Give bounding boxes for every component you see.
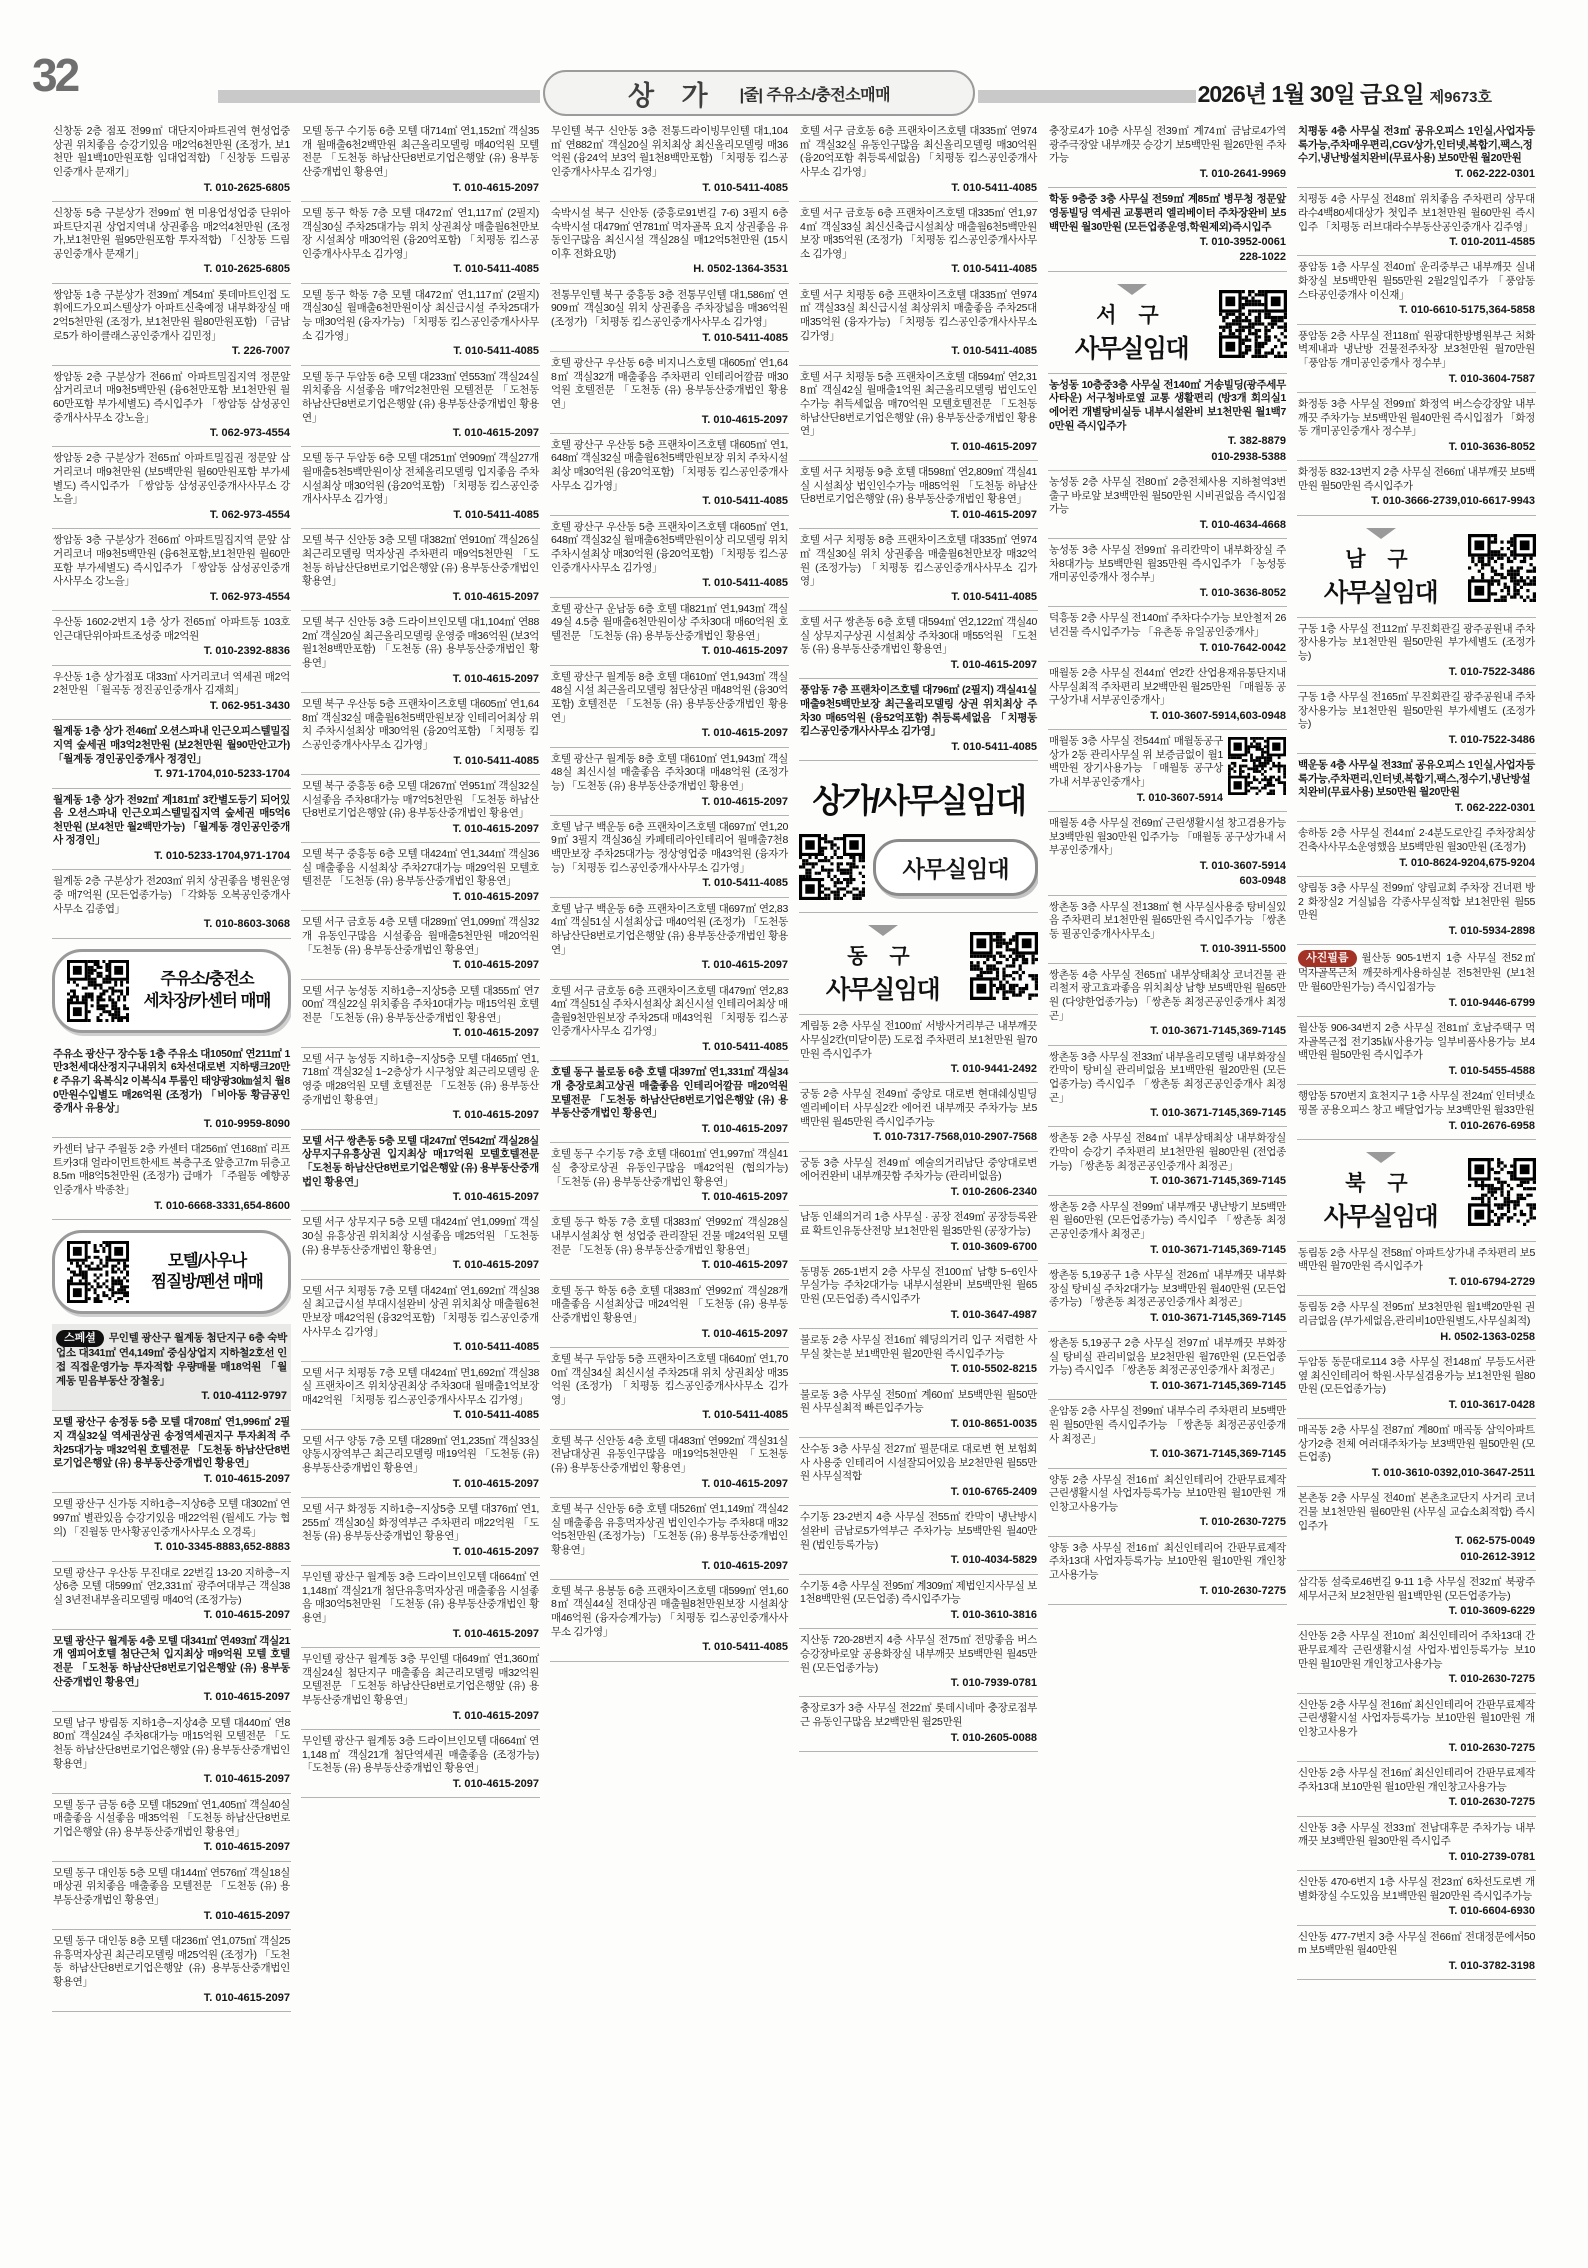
classified-ad: 무인텔 광산구 월계동 3층 무인텔 대649㎡ 연1,360㎡ 객실24실 첨… [301, 1648, 540, 1730]
phone-number: T. 010-4615-2097 [53, 1472, 290, 1486]
classified-ad: 치평동 4층 사무실 전3㎡ 공유오피스 1인실,사업자등록가능,주차매우편리,… [1297, 120, 1536, 188]
district-category: 사무실임대 [799, 970, 966, 1006]
phone-number: T. 010-3607-5914 [1049, 859, 1286, 873]
phone-number: T. 010-4615-2097 [53, 1690, 290, 1704]
qr-code [970, 932, 1038, 1000]
ad-text: 모텔 동구 두암동 6층 모텔 대233㎡ 연553㎡ 객실24실 위치좋음 시… [302, 371, 539, 424]
category-box: 모텔/사우나찜질방/펜션 매매 [52, 1230, 291, 1314]
ad-text: 호텔 동구 학동 6층 호텔 대383㎡ 연992㎡ 객실28개 매출좋음 시설… [551, 1285, 788, 1324]
ad-text: 월계동 1층 상가 전92㎡ 계181㎡ 3칸별도등기 되어있음 오션스파내 인… [53, 794, 290, 847]
ad-text: 주유소 광산구 장수동 1층 주유소 대1050㎡ 연211㎡ 1만3천세대산정… [53, 1048, 290, 1115]
ad-text: 모텔 서구 상무지구 5층 모텔 대424㎡ 연1,099㎡ 객실30실 유흥상… [302, 1216, 539, 1255]
district-section-header: 남 구 사무실임대 [1297, 516, 1536, 618]
phone-number: T. 010-5411-4085 [551, 331, 788, 345]
ad-text: 신안동 470-6번지 1층 사무실 전23㎡ 6차선도로변 개별화장실 수도있… [1298, 1876, 1535, 1902]
classified-ad: 화정동 3층 사무실 전99㎡ 화정역 버스승강장앞 내부깨끗 주차가능 보5백… [1297, 393, 1536, 461]
phone-number: T. 010-2739-0781 [1298, 1850, 1535, 1864]
classified-ad: 무인텔 광산구 월계동 3층 드라이브인모텔 대664㎡ 연1,148㎡ 객실2… [301, 1566, 540, 1648]
phone-number: T. 010-5411-4085 [551, 1640, 788, 1654]
rent-pill-label: 사무실임대 [873, 839, 1038, 896]
classified-ad: 매월동 2층 사무실 전44㎡ 연2칸 산업용재유통단지내 사무실최적 주차편리… [1048, 662, 1287, 730]
phone-number: T. 010-3610-0392,010-3647-2511 [1298, 1466, 1535, 1480]
issue-date: 2026년 1월 30일 금요일 [1198, 81, 1424, 107]
classified-ad: 화정동 832-13번지 2층 사무실 전66㎡ 내부깨끗 보5백만원 월50만… [1297, 461, 1536, 516]
ad-text: 카센터 남구 주월동 2층 카센터 대256㎡ 연168㎡ 리프트카3대 얼라이… [53, 1143, 290, 1196]
ad-text: 모텔 동구 대인동 5층 모텔 대144㎡ 연576㎡ 객실18실 매상권 위치… [53, 1867, 290, 1906]
qr-code [1228, 737, 1286, 795]
classified-ad: 쌍촌동 4층 사무실 전65㎡ 내부상태최상 코너건물 관리철저 광고효과좋음 … [1048, 964, 1287, 1046]
ad-text: 모텔 북구 중흥동 6층 모텔 대424㎡ 연1,344㎡ 객실36실 매출좋음… [302, 848, 539, 887]
ad-text: 월계동 1층 상가 전46㎡ 오션스파내 인근오피스텔밀집지역 숲세권 매3억2… [53, 725, 290, 764]
classified-columns: 신창동 2층 점포 전99㎡ 대단지아파트권역 현성업중 상권 위치좋음 승강기… [52, 120, 1536, 2238]
phone-number: T. 010-2605-0088 [800, 1731, 1037, 1745]
district-category: 사무실임대 [1297, 1197, 1464, 1233]
classified-ad: 쌍촌동 5,19공구 1층 사무실 전26㎡ 내부깨끗 내부화장실 탕비실 주차… [1048, 1264, 1287, 1332]
classified-ad: 호텔 광산구 우산동 6층 비지니스호텔 대605㎡ 연1,648㎡ 객실32개… [550, 352, 789, 434]
classified-ad: 충장로3가 3층 사무실 전22㎡ 롯데시네마 충장로점부근 유동인구많음 보2… [799, 1697, 1038, 1752]
phone-number: T. 010-7939-0781 [800, 1676, 1037, 1690]
ad-text: 구동 1층 사무실 전112㎡ 무진회관길 광주공원내 주차장사용가능 보1천만… [1298, 623, 1535, 662]
ad-text: 본촌동 2층 사무실 전40㎡ 본촌초교단지 사거리 코너건물 보1천만원 월6… [1298, 1492, 1535, 1531]
classified-ad: 월계동 1층 상가 전46㎡ 오션스파내 인근오피스텔밀집지역 숲세권 매3억2… [52, 720, 291, 788]
qr-code [1219, 290, 1287, 358]
ad-badge: 스페셜 [56, 1330, 104, 1347]
ad-text: 모텔 서구 치평동 7층 모텔 대424㎡ 연1,692㎡ 객실38실 최고급시… [302, 1285, 539, 1338]
phone-number: H. 0502-1364-3531 [551, 262, 788, 276]
page-header: 32 상 가 |줄| 주유소/충전소매매 2026년 1월 30일 금요일제96… [0, 0, 1588, 116]
ad-text: 치평동 4층 사무실 전3㎡ 공유오피스 1인실,사업자등록가능,주차매우편리,… [1298, 125, 1535, 164]
classified-ad: 호텔 서구 치평동 8층 프랜차이즈호텔 대335㎡ 연974㎡ 객실30실 위… [799, 529, 1038, 611]
classified-ad: 본촌동 2층 사무실 전40㎡ 본촌초교단지 사거리 코너건물 보1천만원 월6… [1297, 1487, 1536, 1571]
date-line: 2026년 1월 30일 금요일제9673호 [1198, 76, 1492, 109]
ad-text: 동림동 2층 사무실 전95㎡ 보3천만원 월1백20만원 권리금없음 (부가세… [1298, 1301, 1535, 1327]
phone-number: T. 062-973-4554 [53, 508, 290, 522]
ad-badge: 사진필름 [1298, 950, 1357, 967]
classified-ad: 농성동 2층 사무실 전80㎡ 2층전체사용 지하철역3번출구 바로앞 보3백만… [1048, 471, 1287, 539]
classified-ad: 모텔 동구 수기동 6층 모텔 대714㎡ 연1,152㎡ 객실35개 월매출6… [301, 120, 540, 202]
phone-number: T. 062-973-4554 [53, 590, 290, 604]
phone-number: T. 010-3671-7145,369-7145 [1049, 1379, 1286, 1393]
qr-code [67, 960, 129, 1022]
phone-number: T. 010-3671-7145,369-7145 [1049, 1174, 1286, 1188]
ad-text: 호텔 서구 치평동 6층 프랜차이즈호텔 대335㎡ 연974㎡ 객실33실 최… [800, 289, 1037, 342]
ad-text: 쌍촌동 5,19공구 1층 사무실 전26㎡ 내부깨끗 내부화장실 탕비실 주차… [1049, 1269, 1286, 1308]
classified-ad: 궁동 3층 사무실 전49㎡ 예술의거리남단 중앙대로변 에어컨완비 내부깨끗함… [799, 1152, 1038, 1207]
classified-ad: 카센터 남구 주월동 2층 카센터 대256㎡ 연168㎡ 리프트카3대 얼라이… [52, 1138, 291, 1220]
classified-ad: 월계동 2층 구분상가 전203㎡ 위치 상권좋음 병원운영중 매7억원 (모든… [52, 870, 291, 938]
district-category: 사무실임대 [1297, 573, 1464, 609]
classified-ad: 풍암동 7층 프랜차이즈호텔 대796㎡ (2필지) 객실41실 매출9천5백만… [799, 679, 1038, 761]
classified-ad: 쌍암동 2층 구분상가 전65㎡ 아파트밀집권 정문앞 삼거리코너 매9천만원 … [52, 447, 291, 529]
ad-text: 쌍암동 3층 구분상가 전66㎡ 아파트밀집지역 문앞 삼거리코너 매9천5백만… [53, 534, 290, 587]
ad-text: 쌍암동 2층 구분상가 전66㎡ 아파트밀집지역 정문앞 삼거리코너 매9천5백… [53, 371, 290, 424]
phone-number: T. 010-9959-8090 [53, 1117, 290, 1131]
ad-text: 화정동 832-13번지 2층 사무실 전66㎡ 내부깨끗 보5백만원 월50만… [1298, 466, 1535, 492]
ad-text: 모텔 동구 금동 6층 모텔 대529㎡ 연1,405㎡ 객실40실 매출좋음 … [53, 1799, 290, 1838]
classified-ad: 동명동 265-1번지 2층 사무실 전100㎡ 남향 5~6인사무실가능 주차… [799, 1261, 1038, 1329]
ad-text: 쌍촌동 3층 사무실 전33㎡ 내부올리모델링 내부화장실 칸막이 탕비실 관리… [1049, 1051, 1286, 1104]
phone-number: T. 010-3636-8052 [1298, 440, 1535, 454]
classified-ad: 수기동 23-2번지 4층 사무실 전55㎡ 칸막이 냉난방시설완비 금남로5가… [799, 1506, 1038, 1574]
ad-text: 호텔 북구 두암동 5층 프랜차이즈호텔 대640㎡ 연1,700㎡ 객실34실… [551, 1353, 788, 1406]
phone-number: T. 062-222-0301 [1298, 167, 1535, 181]
classified-ad: 모텔 동구 두암동 6층 모텔 대251㎡ 연909㎡ 객실27개 월매출5천5… [301, 447, 540, 529]
ad-text: 백운동 4층 사무실 전33㎡ 공유오피스 1인실,사업자등록가능,주차편리,인… [1298, 759, 1535, 798]
classified-ad: 호텔 북구 신안동 6층 호텔 대526㎡ 연1,149㎡ 객실42실 매출좋음… [550, 1498, 789, 1580]
classified-ad: 호텔 남구 백운동 6층 프랜차이즈호텔 대697㎡ 연2,834㎡ 객실51실… [550, 898, 789, 980]
classified-ad: 호텔 서구 치평동 5층 프랜차이즈호텔 대594㎡ 연2,318㎡ 객실42실… [799, 366, 1038, 462]
phone-number: T. 010-2630-7275 [1049, 1515, 1286, 1529]
phone-number: T. 010-3345-8883,652-8883 [53, 1540, 290, 1554]
phone-number: T. 010-5411-4085 [800, 740, 1037, 754]
classified-ad: 쌍촌동 3층 사무실 전33㎡ 내부올리모델링 내부화장실 칸막이 탕비실 관리… [1048, 1046, 1287, 1128]
phone-number: T. 010-4615-2097 [53, 1772, 290, 1786]
district-name: 서 구 [1048, 299, 1215, 329]
classified-ad: 호텔 북구 신안동 4층 호텔 대483㎡ 연992㎡ 객실31실 전남대상권 … [550, 1430, 789, 1498]
classified-ad: 모텔 북구 신안동 3층 드라이브인모텔 대1,104㎡ 연882㎡ 객실20실… [301, 611, 540, 693]
ad-text: 우산동 1602-2번지 1층 상가 전65㎡ 아파트동 103호 인근대단위아… [53, 616, 290, 642]
ad-text: 풍암동 2층 사무실 전118㎡ 원광대한방병원부근 처화벽제내과 냉난방 건물… [1298, 330, 1535, 369]
qr-code [67, 1241, 129, 1303]
phone-number: T. 010-8651-0035 [800, 1417, 1037, 1431]
classified-ad: 호텔 동구 학동 7층 호텔 대383㎡ 연992㎡ 객실28실 내부시설최상 … [550, 1211, 789, 1279]
phone-number: T. 010-5411-4085 [551, 876, 788, 890]
phone-number: T. 010-5411-4085 [800, 262, 1037, 276]
phone-number: T. 010-5411-4085 [800, 590, 1037, 604]
phone-number: T. 010-3617-0428 [1298, 1398, 1535, 1412]
ad-text: 모텔 서구 치평동 7층 모텔 대424㎡ 면1,692㎡ 객실38실 프랜차이… [302, 1367, 539, 1406]
classified-ad: 모텔 서구 농성동 지하1층~지상5층 모텔 대465㎡ 연1,718㎡ 객실3… [301, 1048, 540, 1130]
phone-number: T. 010-5411-4085 [302, 262, 539, 276]
classified-ad: 신안동 2층 사무실 전16㎡ 최신인테리어 간판무료제작 근린생활시설 사업자… [1297, 1694, 1536, 1762]
ad-text: 호텔 서구 금호동 6층 프랜차이즈호텔 대479㎡ 연2,834㎡ 객실51실… [551, 985, 788, 1038]
ad-text: 충장로3가 3층 사무실 전22㎡ 롯데시네마 충장로점부근 유동인구많음 보2… [800, 1702, 1037, 1728]
phone-number: T. 382-8879 [1049, 434, 1286, 448]
ad-text: 덕흥동 2층 사무실 전140㎡ 주차다수가능 보안철저 26년건물 즉시입주가… [1049, 612, 1286, 638]
ad-text: 매월동 2층 사무실 전44㎡ 연2칸 산업용재유통단지내 사무실최적 주차편리… [1049, 667, 1286, 706]
ad-text: 쌍촌동 2층 사무실 전99㎡ 내부깨끗 냉난방기 보5백만원 월60만원 (모… [1049, 1201, 1286, 1240]
phone-number: T. 010-4615-2097 [302, 1477, 539, 1491]
ad-text: 불로동 3층 사무실 전50㎡ 계60㎡ 보5백만원 월50만원 사무실최적 빠… [800, 1389, 1037, 1415]
phone-number: T. 010-9441-2492 [800, 1062, 1037, 1076]
classified-ad: 운암동 2층 사무실 전99㎡ 내부수리 주차편리 보5백만원 월50만원 즉시… [1048, 1400, 1287, 1468]
ad-text: 매곡동 2층 사무실 전87㎡ 계80㎡ 매곡동 삼익아파트 상가2층 전체 여… [1298, 1424, 1535, 1463]
ad-text: 운암동 2층 사무실 전99㎡ 내부수리 주차편리 보5백만원 월50만원 즉시… [1049, 1405, 1286, 1444]
ad-text: 풍암동 7층 프랜차이즈호텔 대796㎡ (2필지) 객실41실 매출9천5백만… [800, 684, 1037, 737]
phone-number: T. 010-4615-2097 [800, 440, 1037, 454]
phone-number: T. 010-4615-2097 [302, 1545, 539, 1559]
phone-number: T. 010-5411-4085 [800, 181, 1037, 195]
phone-number: T. 010-2392-8836 [53, 644, 290, 658]
classified-ad: 무인텔 북구 신안동 3층 전통드라이빙무인텔 대1,104㎡ 연882㎡ 객실… [550, 120, 789, 202]
phone-number: T. 010-4615-2097 [302, 1108, 539, 1122]
phone-number: T. 010-4615-2097 [302, 822, 539, 836]
phone-number: T. 010-4615-2097 [53, 1991, 290, 2005]
phone-number: T. 010-2630-7275 [1298, 1795, 1535, 1809]
classified-ad: 우산동 1층 상가점포 대33㎡ 사거리코너 역세권 매2억2천만원 「월곡동 … [52, 666, 291, 721]
ad-text: 양림동 3층 사무실 전99㎡ 양림교회 주차장 건너편 방2 화장실2 거실넓… [1298, 882, 1535, 921]
ad-text: 호텔 동구 불로동 6층 호텔 대397㎡ 연1,331㎡ 객실34개 충장로최… [551, 1066, 788, 1119]
phone-number: 603-0948 [1049, 874, 1286, 888]
classified-ad: 월산동 906-34번지 2층 사무실 전81㎡ 호남주택구 먹자골목근접 전기… [1297, 1017, 1536, 1085]
classified-ad: 쌍촌동 3층 사무실 전138㎡ 현 사무실사용중 탕비실있음 주차편리 보1천… [1048, 896, 1287, 964]
ad-text: 호텔 서구 금호동 6층 프랜차이즈호텔 대335㎡ 연974㎡ 객실32실 유… [800, 125, 1037, 178]
classified-ad: 궁동 2층 사무실 전49㎡ 중앙로 대로변 현대쉐싱빌딩 엘리베이터 사무실2… [799, 1083, 1038, 1151]
classified-ad: 행암동 570번지 효천지구 1층 사무실 전24㎡ 인터넷쇼핑몰 공용오피스 … [1297, 1085, 1536, 1140]
classified-ad: 모텔 서구 양동 7층 모텔 대289㎡ 연1,235㎡ 객실33실 양동시장역… [301, 1430, 540, 1498]
ad-text: 신안동 3층 사무실 전33㎡ 전남대후문 주차가능 내부깨끗 보3백만원 월3… [1298, 1822, 1535, 1848]
classified-ad: 모텔 서구 상무지구 5층 모텔 대424㎡ 연1,099㎡ 객실30실 유흥상… [301, 1211, 540, 1279]
phone-number: T. 010-7317-7568,010-2907-7568 [800, 1130, 1037, 1144]
rent-banner: 상가/사무실임대 [799, 761, 1038, 828]
ad-text: 모텔 동구 학동 7층 모텔 대472㎡ 연1,117㎡ (2필지) 객실30실… [302, 289, 539, 342]
phone-number: T. 010-5233-1704,971-1704 [53, 849, 290, 863]
ad-text: 호텔 광산구 우산동 6층 비지니스호텔 대605㎡ 연1,648㎡ 객실32개… [551, 357, 788, 410]
phone-number: T. 010-4615-2097 [302, 672, 539, 686]
classified-ad: 호텔 광산구 운남동 6층 호텔 대821㎡ 연1,943㎡ 객실49실 4.5… [550, 598, 789, 666]
phone-number: T. 010-8603-3068 [53, 917, 290, 931]
phone-number: T. 010-4615-2097 [551, 958, 788, 972]
phone-number: T. 010-6668-3331,654-8600 [53, 1199, 290, 1213]
ad-text: 모텔 광산구 우산동 무진대로 22번길 13-20 지하층~지상6층 모텔 대… [53, 1567, 290, 1606]
ad-column: 모텔 동구 수기동 6층 모텔 대714㎡ 연1,152㎡ 객실35개 월매출6… [301, 120, 540, 2238]
ad-text: 신안동 2층 사무실 전16㎡ 최신인테리어 간판무료제작 근린생활시설 사업자… [1298, 1699, 1535, 1738]
header-rule-right [978, 90, 1196, 103]
phone-number: T. 010-4615-2097 [800, 658, 1037, 672]
phone-number: T. 062-951-3430 [53, 699, 290, 713]
ad-text: 수기동 23-2번지 4층 사무실 전55㎡ 칸막이 냉난방시설완비 금남로5가… [800, 1511, 1037, 1550]
ad-text: 신창동 5층 구분상가 전99㎡ 현 미용업성업중 단위아파트단지권 상업지역내… [53, 207, 290, 260]
classified-ad: 풍암동 2층 사무실 전118㎡ 원광대한방병원부근 처화벽제내과 냉난방 건물… [1297, 325, 1536, 393]
classified-ad: 농성동 3층 사무실 전99㎡ 유리칸막이 내부화장실 주차8대가능 보5백만원… [1048, 539, 1287, 607]
phone-number: T. 010-3671-7145,369-7145 [1049, 1106, 1286, 1120]
phone-number: T. 010-3610-3816 [800, 1608, 1037, 1622]
classified-ad: 모텔 동구 학동 7층 모텔 대472㎡ 연1,117㎡ (2필지) 객실30실… [301, 202, 540, 284]
ad-text: 모텔 북구 신안동 3층 모텔 대382㎡ 연910㎡ 객실26실 최근리모델링… [302, 534, 539, 587]
triangle-down-icon [1366, 528, 1396, 539]
phone-number: T. 010-5411-4085 [302, 1408, 539, 1422]
classified-ad: 매월동 3층 사무실 전544㎡ 매월동공구상가 2동 관리사무실 위 보증금없… [1048, 730, 1287, 812]
triangle-down-icon [1117, 284, 1147, 295]
ad-text: 모텔 동구 대인동 8층 모텔 대236㎡ 연1,075㎡ 객실25 유흥먹자상… [53, 1935, 290, 1988]
phone-number: T. 010-4615-2097 [302, 590, 539, 604]
ad-text: 호텔 북구 용봉동 6층 프랜차이즈호텔 대599㎡ 연1,608㎡ 객실44실… [551, 1585, 788, 1638]
classified-ad: 쌍암동 3층 구분상가 전66㎡ 아파트밀집지역 문앞 삼거리코너 매9천5백만… [52, 529, 291, 611]
ad-text: 양동 2층 사무실 전16㎡ 최신인테리어 간판무료제작 근린생활시설 사업자등… [1049, 1474, 1286, 1513]
ad-text: 무인텔 광산구 월계동 3층 드라이브인모텔 대664㎡ 연1,148㎡ 객실2… [302, 1735, 539, 1774]
phone-number: T. 010-7522-3486 [1298, 733, 1535, 747]
ad-text: 학동 9층중 3층 사무실 전59㎡ 계85㎡ 병무청 정문앞 영동빌딩 역세권… [1049, 193, 1286, 232]
ad-text: 농성동 10층중3층 사무실 전140㎡ 거송빌딩(광주세무사타운) 서구청바로… [1049, 379, 1286, 432]
ad-text: 모텔 북구 중흥동 6층 모텔 대267㎡ 연951㎡ 객실32실 시설좋음 주… [302, 780, 539, 819]
ad-text: 치평동 4층 사무실 전48㎡ 위치좋음 주차편리 상무대라수4백80세대상가 … [1298, 193, 1535, 232]
phone-number: T. 010-4615-2097 [53, 1840, 290, 1854]
classified-ad: 우산동 1602-2번지 1층 상가 전65㎡ 아파트동 103호 인근대단위아… [52, 611, 291, 666]
phone-number: T. 010-5934-2898 [1298, 924, 1535, 938]
phone-number: T. 010-5411-4085 [302, 344, 539, 358]
classified-ad: 학동 9층중 3층 사무실 전59㎡ 계85㎡ 병무청 정문앞 영동빌딩 역세권… [1048, 188, 1287, 272]
classified-ad: 모텔 서구 금호동 4층 모텔 대289㎡ 연1,099㎡ 객실32개 유동인구… [301, 911, 540, 979]
phone-number: T. 010-4615-2097 [302, 1627, 539, 1641]
classified-ad: 지산동 720-28번지 4층 사무실 전75㎡ 전망좋음 버스승강장바로앞 공… [799, 1629, 1038, 1697]
phone-number: T. 010-4615-2097 [302, 1777, 539, 1791]
phone-number: T. 010-6765-2409 [800, 1485, 1037, 1499]
phone-number: T. 010-8624-9204,675-9204 [1298, 856, 1535, 870]
ad-column: 호텔 서구 금호동 6층 프랜차이즈호텔 대335㎡ 연974㎡ 객실32실 유… [799, 120, 1038, 2238]
ad-text: 동림동 2층 사무실 전58㎡ 아파트상가내 주차편리 보5백만원 월70만원 … [1298, 1247, 1535, 1273]
phone-number: T. 010-4615-2097 [551, 644, 788, 658]
qr-code [799, 834, 865, 900]
ad-text: 무인텔 광산구 월계동 3층 무인텔 대649㎡ 연1,360㎡ 객실24실 첨… [302, 1653, 539, 1706]
classified-ad: 양동 2층 사무실 전16㎡ 최신인테리어 간판무료제작 근린생활시설 사업자등… [1048, 1469, 1287, 1537]
phone-number: T. 010-4615-2097 [551, 1327, 788, 1341]
phone-number: T. 010-3671-7145,369-7145 [1049, 1243, 1286, 1257]
phone-number: T. 010-2625-6805 [53, 262, 290, 276]
classified-ad: 동림동 2층 사무실 전58㎡ 아파트상가내 주차편리 보5백만원 월70만원 … [1297, 1242, 1536, 1297]
ad-text: 동명동 265-1번지 2층 사무실 전100㎡ 남향 5~6인사무실가능 주차… [800, 1266, 1037, 1305]
triangle-down-icon [868, 925, 898, 936]
classified-ad: 호텔 서구 금호동 6층 프랜차이즈호텔 대335㎡ 연974㎡ 객실32실 유… [799, 120, 1038, 202]
classified-ad: 모텔 서구 농성동 지하1층~지상5층 모텔 대355㎡ 연700㎡ 객실22실… [301, 980, 540, 1048]
classified-ad: 호텔 남구 백운동 6층 프랜차이즈호텔 대697㎡ 연1,209㎡ 3필지 객… [550, 816, 789, 898]
classified-ad: 모텔 북구 중흥동 6층 모텔 대267㎡ 연951㎡ 객실32실 시설좋음 주… [301, 775, 540, 843]
ad-text: 송하동 2층 사무실 전44㎡ 2·4분도로안길 주차장최상 건축사사무소운영했… [1298, 827, 1535, 853]
phone-number: T. 010-4615-2097 [551, 795, 788, 809]
phone-number: T. 010-2641-9969 [1049, 167, 1286, 181]
category-box: 주유소/충전소세차장/카센터 매매 [52, 949, 291, 1033]
phone-number: T. 010-4615-2097 [302, 1709, 539, 1723]
ad-text: 신안동 2층 사무실 전10㎡ 최신인테리어 주차13대 간판무료제작 근린생활… [1298, 1630, 1535, 1669]
classified-ad: 호텔 동구 수기동 7층 호텔 대601㎡ 연1,997㎡ 객실41실 충장로상… [550, 1143, 789, 1211]
classified-ad: 쌍촌동 2층 사무실 전99㎡ 내부깨끗 냉난방기 보5백만원 월60만원 (모… [1048, 1196, 1287, 1264]
ad-text: 두암동 동문대로114 3층 사무실 전148㎡ 무등도서관옆 최신인테리어 학… [1298, 1356, 1535, 1395]
rent-pill-row: 사무실임대 [799, 828, 1038, 913]
phone-number: T. 010-2676-6958 [1298, 1119, 1535, 1133]
ad-text: 전통무인텔 북구 중흥동 3층 전통무인텔 대1,586㎡ 연909㎡ 객실30… [551, 289, 788, 328]
ad-text: 신안동 2층 사무실 전16㎡ 최신인테리어 간판무료제작 주차13대 보10만… [1298, 1767, 1535, 1793]
ad-text: 호텔 서구 치평동 8층 프랜차이즈호텔 대335㎡ 연974㎡ 객실30실 위… [800, 534, 1037, 587]
phone-number: T. 010-2011-4585 [1298, 235, 1535, 249]
phone-number: T. 010-4615-2097 [302, 426, 539, 440]
classified-ad: 송하동 2층 사무실 전44㎡ 2·4분도로안길 주차장최상 건축사사무소운영했… [1297, 822, 1536, 877]
phone-number: T. 010-3636-8052 [1049, 586, 1286, 600]
ad-text: 모텔 서구 농성동 지하1층~지상5층 모텔 대465㎡ 연1,718㎡ 객실3… [302, 1053, 539, 1106]
ad-text: 호텔 광산구 월계동 8층 호텔 대610㎡ 연1,943㎡ 객실48실 시설 … [551, 671, 788, 724]
phone-number: T. 010-5411-4085 [551, 181, 788, 195]
classified-ad: 쌍암동 1층 구분상가 전39㎡ 계54㎡ 롯데마트인접 도휘에드가오피스텔상가… [52, 284, 291, 366]
phone-number: T. 010-7642-0042 [1049, 641, 1286, 655]
classified-ad: 호텔 서구 금호동 6층 프랜차이즈호텔 대335㎡ 연1,974㎡ 객실33실… [799, 202, 1038, 284]
classified-ad: 모텔 서구 치평동 7층 모텔 대424㎡ 연1,692㎡ 객실38실 최고급시… [301, 1280, 540, 1362]
ad-text: 모텔 광산구 월계동 4층 모텔 대341㎡ 연493㎡ 객실21개 엠피어호텔… [53, 1635, 290, 1688]
classified-ad: 모텔 동구 학동 7층 모텔 대472㎡ 연1,117㎡ (2필지) 객실30실… [301, 284, 540, 366]
ad-text: 계림동 2층 사무실 전100㎡ 서방사거리부근 내부깨끗 사무실2칸(미닫이문… [800, 1020, 1037, 1059]
ad-text: 쌍촌동 5,19공구 2층 사무실 전97㎡ 내부깨끗 부화장실 탕비실 관리비… [1049, 1337, 1286, 1376]
classified-ad: 모텔 동구 대인동 5층 모텔 대144㎡ 연576㎡ 객실18실 매상권 위치… [52, 1862, 291, 1930]
ad-text: 쌍촌동 4층 사무실 전65㎡ 내부상태최상 코너건물 관리철저 광고효과좋음 … [1049, 969, 1286, 1022]
classified-ad: 무인텔 광산구 월계동 3층 드라이브인모텔 대664㎡ 연1,148㎡ 객실2… [301, 1730, 540, 1798]
district-name: 동 구 [799, 940, 966, 970]
ad-text: 호텔 서구 금호동 6층 프랜차이즈호텔 대335㎡ 연1,974㎡ 객실33실… [800, 207, 1037, 260]
section-title: 상 가 [628, 74, 718, 113]
phone-number: T. 010-7522-3486 [1298, 665, 1535, 679]
phone-number: 010-2612-3912 [1298, 1550, 1535, 1564]
ad-text: 월산동 906-34번지 2층 사무실 전81㎡ 호남주택구 먹자골목근접 전기… [1298, 1022, 1535, 1061]
classified-ad: 불로동 2층 사무실 전16㎡ 웨딩의거리 입구 저렴한 사무실 찾는분 보1백… [799, 1329, 1038, 1384]
phone-number: T. 010-4615-2097 [551, 1122, 788, 1136]
newspaper-page: 32 상 가 |줄| 주유소/충전소매매 2026년 1월 30일 금요일제96… [0, 0, 1588, 2268]
phone-number: T. 010-3609-6700 [800, 1240, 1037, 1254]
ad-text: 수기동 4층 사무실 전95㎡ 계309㎡ 제법인지사무실 보1천8백만원 (모… [800, 1580, 1037, 1606]
phone-number: T. 010-2625-6805 [53, 181, 290, 195]
phone-number: T. 010-4615-2097 [302, 958, 539, 972]
classified-ad: 모텔 동구 금동 6층 모텔 대529㎡ 연1,405㎡ 객실40실 매출좋음 … [52, 1794, 291, 1862]
classified-ad: 호텔 광산구 우산동 5층 프랜차이즈호텔 대605㎡ 연1,648㎡ 객실32… [550, 516, 789, 598]
phone-number: T. 010-2630-7275 [1298, 1672, 1535, 1686]
phone-number: T. 010-2606-2340 [800, 1185, 1037, 1199]
ad-text: 불로동 2층 사무실 전16㎡ 웨딩의거리 입구 저렴한 사무실 찾는분 보1백… [800, 1334, 1037, 1360]
section-title-pill: 상 가 |줄| 주유소/충전소매매 [543, 70, 975, 116]
phone-number: 228-1022 [1049, 250, 1286, 264]
ad-text: 호텔 광산구 운남동 6층 호텔 대821㎡ 연1,943㎡ 객실49실 4.5… [551, 603, 788, 642]
ad-text: 호텔 북구 신안동 6층 호텔 대526㎡ 연1,149㎡ 객실42실 매출좋음… [551, 1503, 788, 1556]
classified-ad: 모텔 서구 치평동 7층 모텔 대424㎡ 면1,692㎡ 객실38실 프랜차이… [301, 1362, 540, 1430]
phone-number: T. 010-6610-5175,364-5858 [1298, 303, 1535, 317]
phone-number: T. 062-973-4554 [53, 426, 290, 440]
ad-text: 모텔 동구 수기동 6층 모텔 대714㎡ 연1,152㎡ 객실35개 월매출6… [302, 125, 539, 178]
ad-text: 충장로4가 10층 사무실 전39㎡ 계74㎡ 금남로4가역 광주극장앞 내부깨… [1049, 125, 1286, 164]
phone-number: T. 010-4615-2097 [551, 1258, 788, 1272]
ad-text: 호텔 서구 치평동 5층 프랜차이즈호텔 대594㎡ 연2,318㎡ 객실42실… [800, 371, 1037, 438]
district-category: 사무실임대 [1048, 329, 1215, 365]
ad-text: 풍암동 1층 사무실 전40㎡ 운리중부근 내부깨끗 실내화장실 보5백만원 월… [1298, 261, 1535, 300]
classified-ad: 양동 3층 사무실 전16㎡ 최신인테리어 간판무료제작 주차13대 사업자등록… [1048, 1537, 1287, 1605]
classified-ad: 모텔 광산구 월계동 4층 모텔 대341㎡ 연493㎡ 객실21개 엠피어호텔… [52, 1630, 291, 1712]
classified-ad: 모텔 동구 두암동 6층 모텔 대233㎡ 연553㎡ 객실24실 위치좋음 시… [301, 366, 540, 448]
classified-ad: 호텔 서구 치평동 6층 프랜차이즈호텔 대335㎡ 연974㎡ 객실33실 최… [799, 284, 1038, 366]
classified-ad: 호텔 광산구 우산동 5층 프랜차이즈호텔 대605㎡ 연1,648㎡ 객실32… [550, 434, 789, 516]
ad-column: 신창동 2층 점포 전99㎡ 대단지아파트권역 현성업중 상권 위치좋음 승강기… [52, 120, 291, 2238]
phone-number: T. 010-4615-2097 [302, 1258, 539, 1272]
classified-ad: 남동 인쇄의거리 1층 사무실 · 공장 전49㎡ 공장등록완료 확트인유동산전… [799, 1206, 1038, 1261]
classified-ad: 호텔 서구 금호동 6층 프랜차이즈호텔 대479㎡ 연2,834㎡ 객실51실… [550, 980, 789, 1062]
district-section-header: 북 구 사무실임대 [1297, 1140, 1536, 1242]
phone-number: T. 010-4112-9797 [56, 1389, 287, 1403]
phone-number: T. 010-2630-7275 [1298, 1741, 1535, 1755]
phone-number: T. 010-4615-2097 [53, 1909, 290, 1923]
classified-ad: 호텔 북구 용봉동 6층 프랜차이즈호텔 대599㎡ 연1,608㎡ 객실44실… [550, 1580, 789, 1662]
phone-number: T. 010-3671-7145,369-7145 [1049, 1447, 1286, 1461]
phone-number: T. 010-4615-2097 [302, 1026, 539, 1040]
classified-ad: 삼각동 설죽로46번길 9-11 1층 사무실 전32㎡ 북광주세무서근처 보2… [1297, 1571, 1536, 1626]
ad-text: 지산동 720-28번지 4층 사무실 전75㎡ 전망좋음 버스승강장바로앞 공… [800, 1634, 1037, 1673]
classified-ad: 매월동 4층 사무실 전69㎡ 근린생활시설 창고겸용가능 보3백만원 월30만… [1048, 812, 1287, 896]
classified-ad: 계림동 2층 사무실 전100㎡ 서방사거리부근 내부깨끗 사무실2칸(미닫이문… [799, 1015, 1038, 1083]
classified-ad: 숙박시설 북구 신안동 (중흥로91번길 7-6) 3필지 6층 숙박시설 대4… [550, 202, 789, 284]
classified-ad: 동림동 2층 사무실 전95㎡ 보3천만원 월1백20만원 권리금없음 (부가세… [1297, 1296, 1536, 1351]
ad-text: 쌍촌동 2층 사무실 전84㎡ 내부상태최상 내부화장실 칸막이 승강기 주차편… [1049, 1132, 1286, 1171]
phone-number: T. 010-6794-2729 [1298, 1275, 1535, 1289]
phone-number: T. 010-5411-4085 [551, 494, 788, 508]
phone-number: T. 010-4615-2097 [551, 1559, 788, 1573]
phone-number: T. 010-5411-4085 [302, 1340, 539, 1354]
classified-ad: 모텔 북구 우산동 5층 프랜차이즈호텔 대605㎡ 연1,648㎡ 객실32실… [301, 693, 540, 775]
classified-ad: 주유소 광산구 장수동 1층 주유소 대1050㎡ 연211㎡ 1만3천세대산정… [52, 1043, 291, 1139]
ad-text: 모텔 동구 학동 7층 모텔 대472㎡ 연1,117㎡ (2필지) 객실30실… [302, 207, 539, 260]
classified-ad: 쌍촌동 5,19공구 2층 사무실 전97㎡ 내부깨끗 부화장실 탕비실 관리비… [1048, 1332, 1287, 1400]
classified-ad: 모텔 북구 중흥동 6층 모텔 대424㎡ 연1,344㎡ 객실36실 매출좋음… [301, 843, 540, 911]
phone-number: T. 010-3782-3198 [1298, 1959, 1535, 1973]
